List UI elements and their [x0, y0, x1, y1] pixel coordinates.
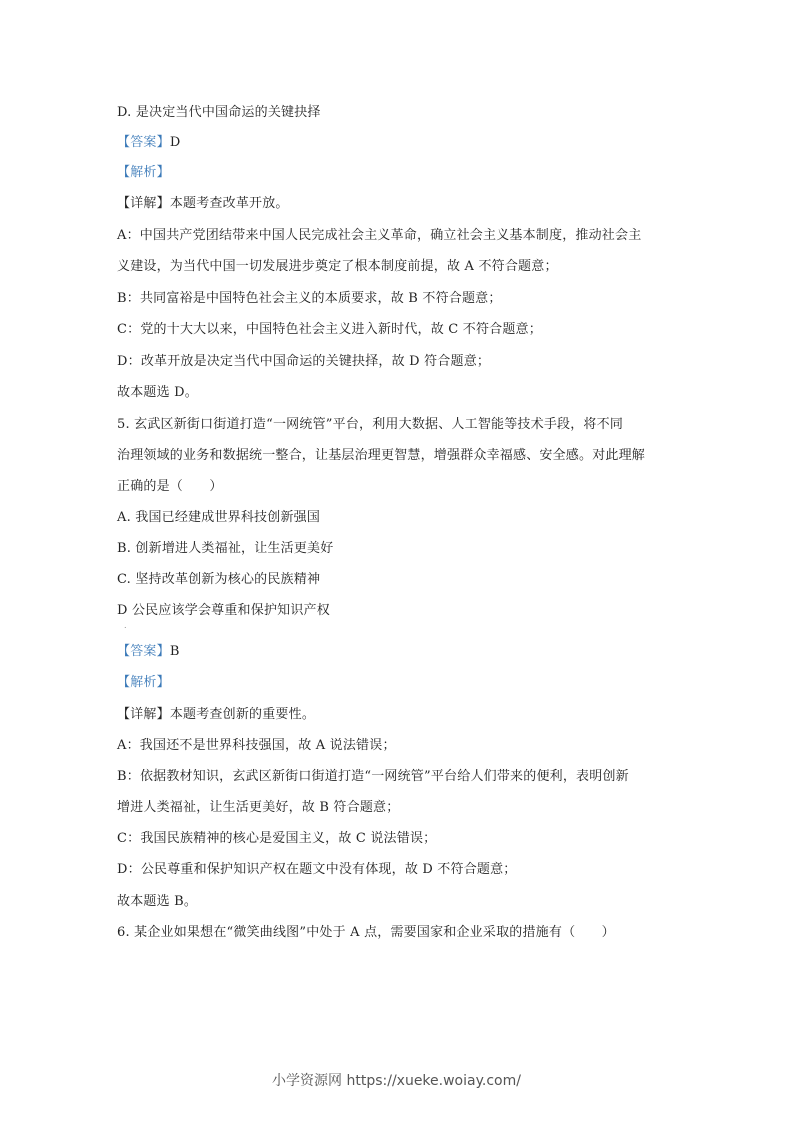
q4-conclusion: 故本题选 D。	[117, 384, 697, 402]
q5-option-b: B. 创新增进人类福祉，让生活更美好	[117, 540, 697, 558]
detail-intro: 本题考查创新的重要性。	[170, 707, 315, 722]
q5-explanation-c: C：我国民族精神的核心是爱国主义，故 C 说法错误；	[117, 830, 697, 848]
footer-watermark: 小学资源网 https://xueke.woiay.com/	[0, 1070, 793, 1090]
q4-explanation-a2: 义建设，为当代中国一切发展进步奠定了根本制度前提，故 A 不符合题意；	[117, 258, 697, 276]
q4-detail: 【详解】本题考查改革开放。	[117, 195, 697, 213]
answer-label: 【答案】	[117, 135, 170, 150]
q5-detail: 【详解】本题考查创新的重要性。	[117, 706, 697, 724]
q5-option-d: D 公民应该学会尊重和保护知识产权	[117, 602, 697, 620]
q5-answer: 【答案】B	[117, 643, 697, 661]
q4-answer: 【答案】D	[117, 134, 697, 152]
q5-analysis-label: 【解析】	[117, 674, 697, 692]
answer-value: B	[170, 644, 180, 659]
answer-label: 【答案】	[117, 644, 170, 659]
q6-stem: 6. 某企业如果想在“微笑曲线图”中处于 A 点，需要国家和企业采取的措施有（ …	[117, 924, 697, 942]
q4-analysis-label: 【解析】	[117, 164, 697, 182]
q5-conclusion: 故本题选 B。	[117, 893, 697, 911]
q5-option-c: C. 坚持改革创新为核心的民族精神	[117, 571, 697, 589]
q4-explanation-d: D：改革开放是决定当代中国命运的关键抉择，故 D 符合题意；	[117, 353, 697, 371]
q4-explanation-b: B：共同富裕是中国特色社会主义的本质要求，故 B 不符合题意；	[117, 290, 697, 308]
document-page: D. 是决定当代中国命运的关键抉择 【答案】D 【解析】 【详解】本题考查改革开…	[0, 0, 793, 1122]
detail-intro: 本题考查改革开放。	[170, 196, 289, 211]
q5-explanation-b2: 增进人类福祉，让生活更美好，故 B 符合题意；	[117, 799, 697, 817]
q5-stem-line-2: 治理领域的业务和数据统一整合，让基层治理更智慧，增强群众幸福感、安全感。对此理解	[117, 447, 697, 465]
q5-explanation-d: D：公民尊重和保护知识产权在题文中没有体现，故 D 不符合题意；	[117, 861, 697, 879]
detail-label: 【详解】	[117, 196, 170, 211]
q4-explanation-c: C：党的十大大以来，中国特色社会主义进入新时代，故 C 不符合题意；	[117, 321, 697, 339]
stray-mark: .	[124, 621, 127, 630]
q5-stem-line-3: 正确的是（ ）	[117, 478, 697, 496]
answer-value: D	[170, 135, 181, 150]
q4-explanation-a1: A：中国共产党团结带来中国人民完成社会主义革命，确立社会主义基本制度，推动社会主	[117, 227, 697, 245]
q5-option-a: A. 我国已经建成世界科技创新强国	[117, 509, 697, 527]
detail-label: 【详解】	[117, 707, 170, 722]
q5-stem-line-1: 5. 玄武区新街口街道打造“一网统管”平台，利用大数据、人工智能等技术手段，将不…	[117, 416, 697, 434]
q5-explanation-a: A：我国还不是世界科技强国，故 A 说法错误；	[117, 737, 697, 755]
q5-explanation-b1: B：依据教材知识，玄武区新街口街道打造“一网统管”平台给人们带来的便利，表明创新	[117, 768, 697, 786]
q4-option-d: D. 是决定当代中国命运的关键抉择	[117, 104, 697, 122]
